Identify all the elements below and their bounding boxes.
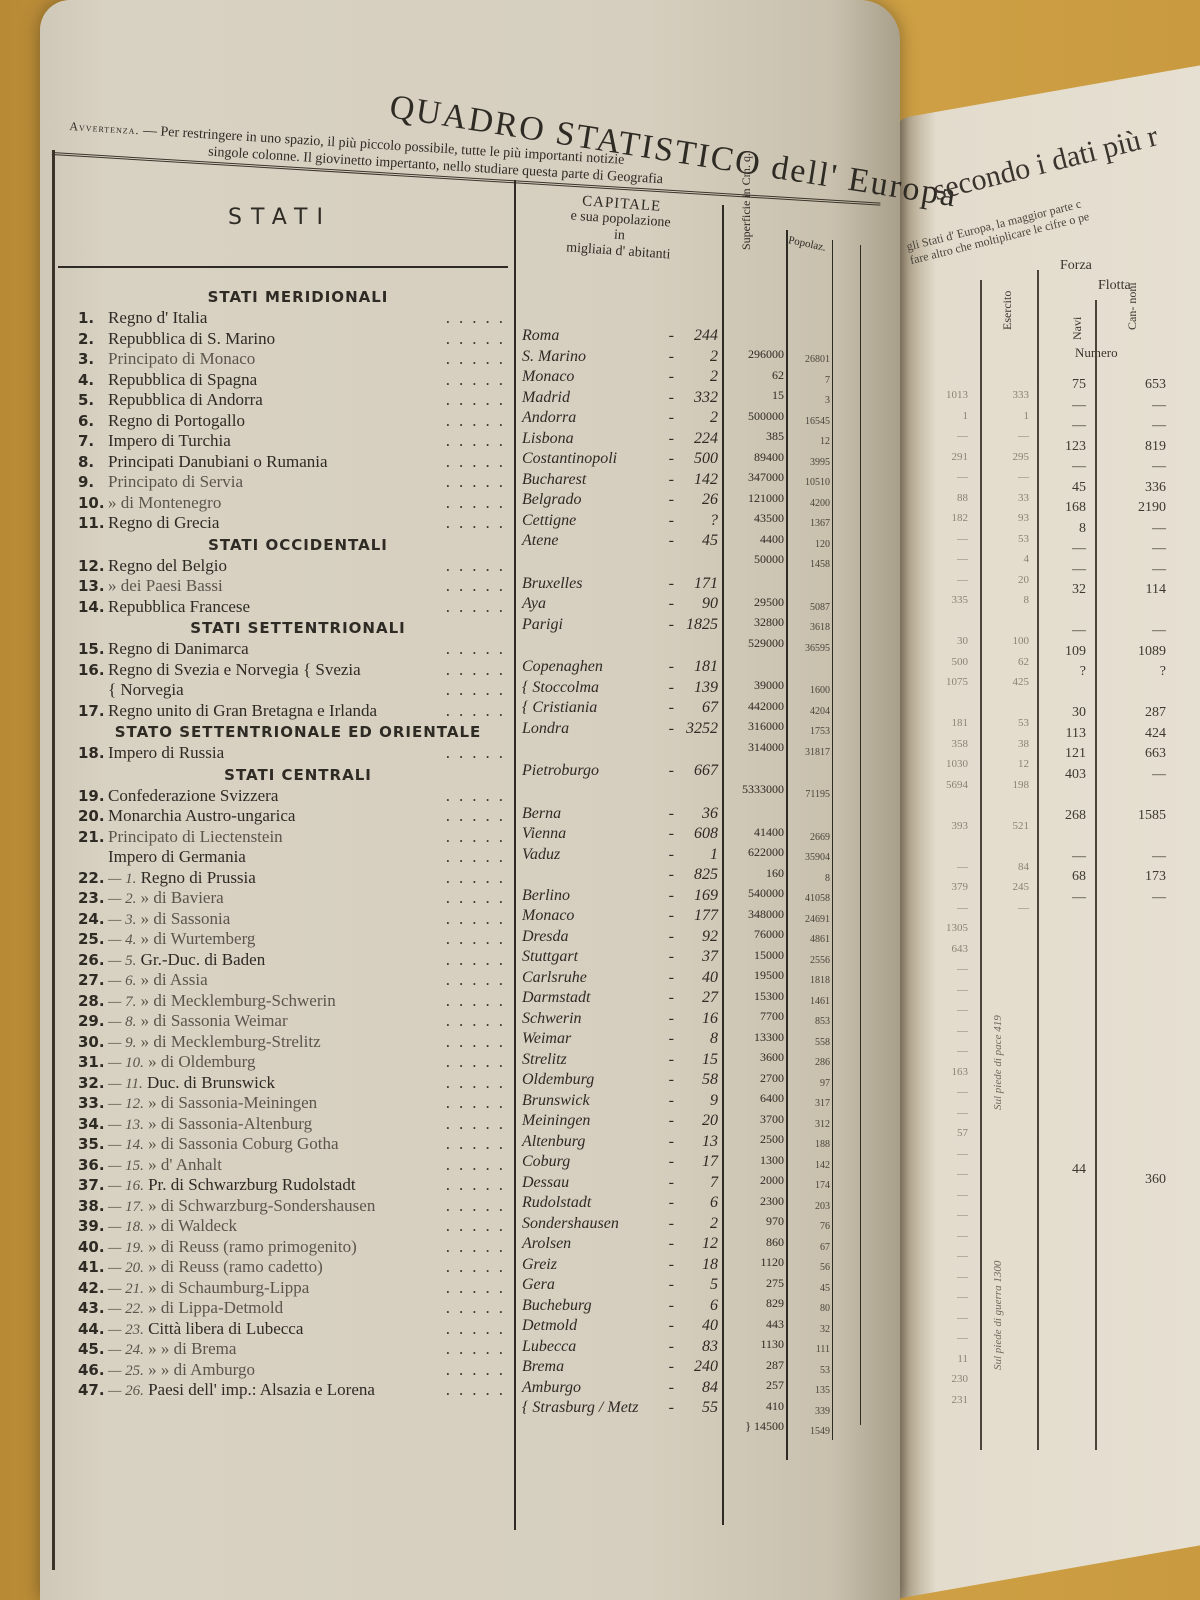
leader-dots: ..... <box>446 308 512 329</box>
capital-name: Arolsen <box>522 1235 571 1252</box>
population-column: 2680173165451239951051042001367120145850… <box>788 350 830 1443</box>
dash: - <box>669 1132 674 1153</box>
sub-number: — 8. <box>108 1014 136 1030</box>
esercito-cell: 4 <box>973 549 1029 570</box>
table-row: 1.Regno d' Italia..... <box>78 308 518 329</box>
state-name: Principato di Monaco <box>108 349 255 368</box>
tonnellate-cell: 379 <box>912 877 968 898</box>
table-row: 11.Regno di Grecia..... <box>78 513 518 534</box>
capital-name: Bucharest <box>522 471 586 488</box>
capital-name: Monaco <box>522 907 574 924</box>
capital-population: 181 <box>694 657 718 678</box>
leader-dots: ..... <box>446 1237 512 1258</box>
capital-population: 55 <box>702 1398 718 1419</box>
area-cell: 29500 <box>724 592 784 613</box>
sub-number: — 10. <box>108 1055 144 1071</box>
dash: - <box>669 968 674 989</box>
dash: - <box>669 347 674 368</box>
row-number: 1. <box>78 308 108 329</box>
population-cell: 31817 <box>788 743 830 764</box>
tonnellate-cell: 1030 <box>912 754 968 775</box>
table-row: 43.— 22. » di Lippa-Detmold..... <box>78 1298 518 1319</box>
state-name: » » di Brema <box>148 1339 236 1358</box>
state-name: Regno unito di Gran Bretagna e Irlanda <box>108 701 377 720</box>
table-row: 25.— 4. » di Wurtemberg..... <box>78 929 518 950</box>
dash: - <box>669 1050 674 1071</box>
capital-population: 40 <box>702 968 718 989</box>
flotta_cannoni-cell: 1089 <box>1110 642 1166 663</box>
tonnellate-cell: 643 <box>912 939 968 960</box>
leader-dots: ..... <box>446 868 512 889</box>
capital-population: 20 <box>702 1111 718 1132</box>
tonnellate-cell: 181 <box>912 713 968 734</box>
capital-name: Darmstadt <box>522 989 590 1006</box>
state-name: Confederazione Svizzera <box>108 786 278 805</box>
capital-cell: { Cristiania-67 <box>522 698 722 719</box>
tonnellate-cell: — <box>912 1021 968 1042</box>
tonnellate-cell: — <box>912 857 968 878</box>
capital-population: 244 <box>694 326 718 347</box>
population-cell: 36595 <box>788 639 830 660</box>
area-cell: 2300 <box>724 1191 784 1212</box>
leader-dots: ..... <box>446 847 512 868</box>
table-row: 46.— 25. » » di Amburgo..... <box>78 1360 518 1381</box>
row-number: 13. <box>78 576 108 597</box>
area-cell: 316000 <box>724 716 784 737</box>
area-cell: 6400 <box>724 1088 784 1109</box>
dash: - <box>669 988 674 1009</box>
tonnellate-cell: 57 <box>912 1123 968 1144</box>
table-row: 8.Principati Danubiani o Rumania..... <box>78 452 518 473</box>
state-name: » di Mecklemburg-Schwerin <box>141 991 336 1010</box>
flotta_cannoni-cell: 2190 <box>1110 498 1166 519</box>
capital-population: 142 <box>694 470 718 491</box>
note-war-footing: Sul piede di guerra 1300 <box>992 1261 1004 1370</box>
dash: - <box>669 490 674 511</box>
table-row: 23.— 2. » di Baviera..... <box>78 888 518 909</box>
capital-name: Costantinopoli <box>522 450 617 467</box>
capital-cell: Bucheburg-6 <box>522 1296 722 1317</box>
row-number: 47. <box>78 1380 108 1401</box>
capital-name: Brema <box>522 1358 564 1375</box>
capital-cell: Bucharest-142 <box>522 470 722 491</box>
population-cell: 41058 <box>788 889 830 910</box>
table-row: 9.Principato di Servia..... <box>78 472 518 493</box>
tonnellate-cell: 1075 <box>912 672 968 693</box>
flotta_cannoni-cell: 1585 <box>1110 806 1166 827</box>
esercito-cell: — <box>973 426 1029 447</box>
capital-cell: Dessau-7 <box>522 1173 722 1194</box>
esercito-cell: 12 <box>973 754 1029 775</box>
capital-name: Belgrado <box>522 491 582 508</box>
esercito-cell: 333 <box>973 385 1029 406</box>
area-cell: 13300 <box>724 1027 784 1048</box>
capital-name: Londra <box>522 720 569 737</box>
area-cell: 15000 <box>724 945 784 966</box>
flotta_navi-cell: — <box>1030 888 1086 909</box>
capital-name: Lubecca <box>522 1338 576 1355</box>
capital-name: Gera <box>522 1276 555 1293</box>
dash: - <box>669 824 674 845</box>
flotta_cannoni-cell: 336 <box>1110 478 1166 499</box>
state-name: » di Reuss (ramo primogenito) <box>148 1237 357 1256</box>
row-number: 33. <box>78 1093 108 1114</box>
population-cell: 135 <box>788 1381 830 1402</box>
capital-cell: Lubecca-83 <box>522 1337 722 1358</box>
capital-population: 1825 <box>686 615 718 636</box>
tonnellate-cell: 182 <box>912 508 968 529</box>
flotta_cannoni-cell <box>1110 785 1166 806</box>
table-row: 7.Impero di Turchia..... <box>78 431 518 452</box>
spacer <box>788 659 830 681</box>
flotta_navi-cell: — <box>1030 621 1086 642</box>
area-cell: 829 <box>724 1293 784 1314</box>
population-cell: 1818 <box>788 971 830 992</box>
dash: - <box>669 1316 674 1337</box>
leader-dots: ..... <box>446 411 512 432</box>
table-row: 29.— 8. » di Sassonia Weimar..... <box>78 1011 518 1032</box>
flotta_navi-cell: — <box>1030 560 1086 581</box>
sub-number: — 22. <box>108 1301 144 1317</box>
state-name: Impero di Germania <box>108 847 246 866</box>
capital-population: 36 <box>702 804 718 825</box>
tonnellate-cell: 1 <box>912 406 968 427</box>
tonnellate-cell <box>912 611 968 632</box>
leader-dots: ..... <box>446 1052 512 1073</box>
state-name: » di Assia <box>141 970 208 989</box>
capital-population: 84 <box>702 1378 718 1399</box>
leader-dots: ..... <box>446 493 512 514</box>
capital-cell: Aya-90 <box>522 594 722 615</box>
capital-population: 9 <box>710 1091 718 1112</box>
capital-cell: Lisbona-224 <box>522 429 722 450</box>
capital-population: 6 <box>710 1296 718 1317</box>
capital-population: 171 <box>694 574 718 595</box>
area-cell: 500000 <box>724 406 784 427</box>
population-cell: 2669 <box>788 828 830 849</box>
dash: - <box>669 927 674 948</box>
row-number: 30. <box>78 1032 108 1053</box>
capital-cell: Arolsen-12 <box>522 1234 722 1255</box>
row-number: 9. <box>78 472 108 493</box>
tonnellate-cell <box>912 693 968 714</box>
population-cell: 5087 <box>788 598 830 619</box>
population-cell: 45 <box>788 1279 830 1300</box>
esercito-cell <box>973 836 1029 857</box>
dash: - <box>669 1091 674 1112</box>
tonnellate-cell: — <box>912 898 968 919</box>
dash: - <box>669 719 674 740</box>
flotta_cannoni-cell: — <box>1110 457 1166 478</box>
capital-population: 667 <box>694 761 718 782</box>
sub-number: — 7. <box>108 994 136 1010</box>
sub-number: — 9. <box>108 1035 136 1051</box>
capital-population: 92 <box>702 927 718 948</box>
spacer <box>788 576 830 598</box>
leader-dots: ..... <box>446 806 512 827</box>
row-number: 5. <box>78 390 108 411</box>
population-cell: 1600 <box>788 681 830 702</box>
dash: - <box>669 1173 674 1194</box>
area-cell: 89400 <box>724 447 784 468</box>
section-heading: STATI SETTENTRIONALI <box>78 617 518 639</box>
leader-dots: ..... <box>446 1196 512 1217</box>
dash: - <box>669 408 674 429</box>
capital-cell: Berna-36 <box>522 804 722 825</box>
dash: - <box>669 1009 674 1030</box>
population-cell: 76 <box>788 1217 830 1238</box>
area-cell: 4400 <box>724 529 784 550</box>
state-name: » di Mecklemburg-Strelitz <box>141 1032 321 1051</box>
area-cell: 41400 <box>724 822 784 843</box>
dash: - <box>669 1255 674 1276</box>
population-cell: 67 <box>788 1238 830 1259</box>
capital-population: 13 <box>702 1132 718 1153</box>
capital-name: { Cristiania <box>522 699 597 716</box>
header-forza: Forza <box>1060 258 1092 274</box>
row-number: 25. <box>78 929 108 950</box>
flotta_cannoni-cell: 424 <box>1110 724 1166 745</box>
leader-dots: ..... <box>446 390 512 411</box>
sub-number: — 21. <box>108 1281 144 1297</box>
tonnellate-cell: — <box>912 426 968 447</box>
capital-cell: { Strasburg / Metz-55 <box>522 1398 722 1419</box>
population-cell: 142 <box>788 1156 830 1177</box>
capital-cell: Weimar-8 <box>522 1029 722 1050</box>
flotta_navi-cell: 121 <box>1030 744 1086 765</box>
flotta_navi-cell: 109 <box>1030 642 1086 663</box>
sub-number: — 1. <box>108 871 136 887</box>
capital-cell: Parigi-1825 <box>522 615 722 636</box>
capital-population: 240 <box>694 1357 718 1378</box>
capital-population: 5 <box>710 1275 718 1296</box>
area-cell: 970 <box>724 1211 784 1232</box>
dash: - <box>669 615 674 636</box>
area-cell: 410 <box>724 1396 784 1417</box>
capital-cell: Pietroburgo-667 <box>522 761 722 782</box>
table-row: 2.Repubblica di S. Marino..... <box>78 329 518 350</box>
leader-dots: ..... <box>446 701 512 722</box>
spacer <box>788 763 830 785</box>
capital-cell: Oldemburg-58 <box>522 1070 722 1091</box>
capital-name: Lisbona <box>522 430 574 447</box>
capital-population: 15 <box>702 1050 718 1071</box>
tonnellate-cell: 358 <box>912 734 968 755</box>
esercito-cell <box>973 795 1029 816</box>
sub-number: — 5. <box>108 953 136 969</box>
leader-dots: ..... <box>446 639 512 660</box>
dash: - <box>669 1357 674 1378</box>
leader-dots: ..... <box>446 1319 512 1340</box>
row-number: 45. <box>78 1339 108 1360</box>
row-number: 16. <box>78 660 108 681</box>
leader-dots: ..... <box>446 1114 512 1135</box>
esercito-cell: 295 <box>973 447 1029 468</box>
area-cell: 1120 <box>724 1252 784 1273</box>
sub-number: — 17. <box>108 1199 144 1215</box>
population-cell: 1458 <box>788 555 830 576</box>
state-name: { Norvegia <box>108 680 184 699</box>
state-name: » di Sassonia Coburg Gotha <box>148 1134 338 1153</box>
table-row: 33.— 12. » di Sassonia-Meiningen..... <box>78 1093 518 1114</box>
area-cell: 348000 <box>724 904 784 925</box>
leader-dots: ..... <box>446 1298 512 1319</box>
header-rule <box>58 266 508 268</box>
row-number: 38. <box>78 1196 108 1217</box>
flotta_cannoni-cell: — <box>1110 416 1166 437</box>
capital-population: 825 <box>694 865 718 886</box>
flotta_navi-cell: 113 <box>1030 724 1086 745</box>
population-cell: 4204 <box>788 702 830 723</box>
capital-name: Coburg <box>522 1153 570 1170</box>
tonnellate-cell: 231 <box>912 1390 968 1411</box>
germany-cannoni-value: 360 <box>1110 1170 1166 1191</box>
area-cell: } 14500 <box>724 1416 784 1437</box>
spacer <box>788 806 830 828</box>
tonnellate-cell: 230 <box>912 1369 968 1390</box>
flotta_navi-cell <box>1030 826 1086 847</box>
table-row: 40.— 19. » di Reuss (ramo primogenito)..… <box>78 1237 518 1258</box>
capital-cell: Brunswick-9 <box>522 1091 722 1112</box>
germany-cannoni: 360 <box>1110 1170 1166 1191</box>
table-row: 26.— 5. Gr.-Duc. di Baden..... <box>78 950 518 971</box>
esercito-cell: — <box>973 898 1029 919</box>
tonnellate-cell: — <box>912 570 968 591</box>
esercito-cell: 33 <box>973 488 1029 509</box>
row-number: 4. <box>78 370 108 391</box>
table-row: 24.— 3. » di Sassonia..... <box>78 909 518 930</box>
capital-cell: Gera-5 <box>522 1275 722 1296</box>
tonnellate-cell: — <box>912 1185 968 1206</box>
state-name: Principato di Liectenstein <box>108 827 283 846</box>
table-row: 15.Regno di Danimarca..... <box>78 639 518 660</box>
population-cell: 1753 <box>788 722 830 743</box>
leader-dots: ..... <box>446 1155 512 1176</box>
state-name: » di Waldeck <box>148 1216 237 1235</box>
row-number: 28. <box>78 991 108 1012</box>
sub-number: — 14. <box>108 1137 144 1153</box>
state-name: » di Lippa-Detmold <box>148 1298 283 1317</box>
state-name: » di Montenegro <box>108 493 221 512</box>
flotta_navi-cell: 32 <box>1030 580 1086 601</box>
capital-cell: Carlsruhe-40 <box>522 968 722 989</box>
table-row: 20.Monarchia Austro-ungarica..... <box>78 806 518 827</box>
sub-number: — 13. <box>108 1117 144 1133</box>
dash: - <box>669 449 674 470</box>
sub-number: — 4. <box>108 932 136 948</box>
capital-population: 83 <box>702 1337 718 1358</box>
flotta_cannoni-cell: — <box>1110 539 1166 560</box>
capital-cell: Coburg-17 <box>522 1152 722 1173</box>
capital-name: Bruxelles <box>522 575 582 592</box>
area-cell: 442000 <box>724 696 784 717</box>
dash: - <box>669 429 674 450</box>
esercito-cell: 84 <box>973 857 1029 878</box>
population-cell: 24691 <box>788 910 830 931</box>
capital-cell: Detmold-40 <box>522 1316 722 1337</box>
population-cell: 8 <box>788 869 830 890</box>
table-row: 17.Regno unito di Gran Bretagna e Irland… <box>78 701 518 722</box>
row-number: 26. <box>78 950 108 971</box>
leader-dots: ..... <box>446 1360 512 1381</box>
warning-label: Avvertenza. <box>69 119 140 137</box>
capital-cell: Dresda-92 <box>522 927 722 948</box>
state-name: » di Schaumburg-Lippa <box>148 1278 309 1297</box>
leader-dots: ..... <box>446 556 512 577</box>
population-cell: 4861 <box>788 930 830 951</box>
flotta_cannoni-cell: 819 <box>1110 437 1166 458</box>
table-row: 27.— 6. » di Assia..... <box>78 970 518 991</box>
leader-dots: ..... <box>446 680 512 701</box>
capital-name: { Strasburg / Metz <box>522 1399 638 1416</box>
population-cell: 3 <box>788 391 830 412</box>
capital-name: Vienna <box>522 825 566 842</box>
row-number: 31. <box>78 1052 108 1073</box>
flotta_cannoni-cell: ? <box>1110 662 1166 683</box>
area-cell: 275 <box>724 1273 784 1294</box>
dash: - <box>669 886 674 907</box>
state-name: Repubblica di Spagna <box>108 370 257 389</box>
leader-dots: ..... <box>446 452 512 473</box>
capital-cell: Berlino-169 <box>522 886 722 907</box>
capital-name: Oldemburg <box>522 1071 594 1088</box>
state-name: » di Sassonia Weimar <box>141 1011 288 1030</box>
capital-name: S. Marino <box>522 348 586 365</box>
capital-name: Andorra <box>522 409 576 426</box>
capital-name: Aya <box>522 595 546 612</box>
tonnellate-cell: 393 <box>912 816 968 837</box>
state-name: Regno di Prussia <box>141 868 256 887</box>
tonnellate-cell: — <box>912 1103 968 1124</box>
state-name: Impero di Turchia <box>108 431 231 450</box>
population-cell: 1549 <box>788 1422 830 1443</box>
capital-name: Rudolstadt <box>522 1194 591 1211</box>
capital-name: Meiningen <box>522 1112 590 1129</box>
dash: - <box>669 1070 674 1091</box>
tonnellate-column: 10131—291—88182———3353050010751813581030… <box>912 385 968 1410</box>
capital-name: Dresda <box>522 928 569 945</box>
state-name: Regno di Grecia <box>108 513 219 532</box>
tonnellate-cell: — <box>912 980 968 1001</box>
flotta_cannoni-cell: — <box>1110 888 1166 909</box>
tonnellate-cell <box>912 795 968 816</box>
leader-dots: ..... <box>446 1380 512 1401</box>
capital-name: Bucheburg <box>522 1297 592 1314</box>
leader-dots: ..... <box>446 1216 512 1237</box>
dash: - <box>669 1111 674 1132</box>
states-list: STATI MERIDIONALI1.Regno d' Italia.....2… <box>78 286 518 1401</box>
table-row: 45.— 24. » » di Brema..... <box>78 1339 518 1360</box>
capital-name: Monaco <box>522 368 574 385</box>
leader-dots: ..... <box>446 370 512 391</box>
capital-name: Atene <box>522 532 558 549</box>
capital-population: 67 <box>702 698 718 719</box>
spacer <box>522 739 722 761</box>
row-number: 32. <box>78 1073 108 1094</box>
dash: - <box>669 470 674 491</box>
population-cell: 558 <box>788 1033 830 1054</box>
leader-dots: ..... <box>446 660 512 681</box>
tonnellate-cell: — <box>912 1205 968 1226</box>
row-number: 19. <box>78 786 108 807</box>
flotta_navi-cell: ? <box>1030 662 1086 683</box>
table-row: 30.— 9. » di Mecklemburg-Strelitz..... <box>78 1032 518 1053</box>
germany-navi: 44 <box>1030 1160 1086 1181</box>
esercito-cell: 62 <box>973 652 1029 673</box>
table-row: Impero di Germania..... <box>78 847 518 868</box>
area-cell: 1130 <box>724 1334 784 1355</box>
capital-cell: Darmstadt-27 <box>522 988 722 1009</box>
